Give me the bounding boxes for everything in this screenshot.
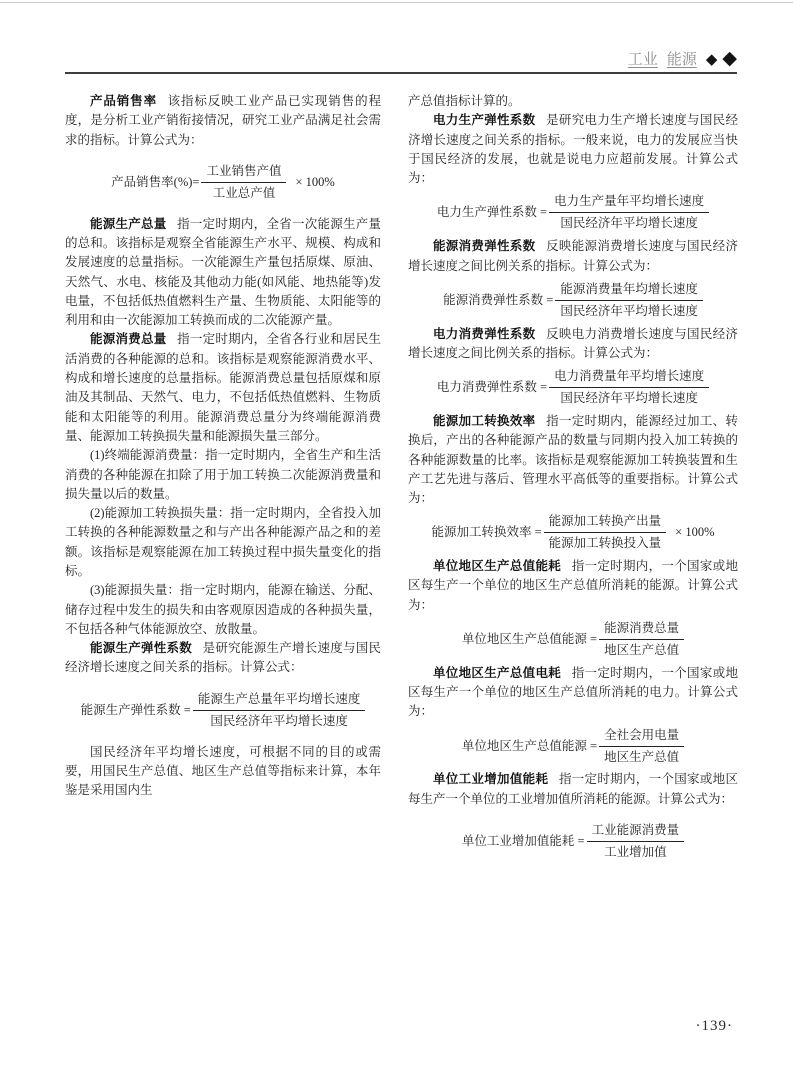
yearbook-page: 工业 能源 ◆ ◆ 产品销售率该指标反映工业产品已实现销售的程度，是分析工业产销… — [0, 0, 793, 1077]
fraction-numerator: 全社会用电量 — [599, 727, 684, 747]
page-number: ·139· — [696, 1018, 734, 1035]
term-product-sales-rate: 产品销售率 — [90, 94, 157, 108]
fraction-denominator: 国民经济年平均增长速度 — [193, 711, 366, 730]
term-energy-consumption-elasticity: 能源消费弹性系数 — [433, 239, 536, 253]
para-energy-production-total: 能源生产总量指一定时期内，全省一次能源生产量的总和。该指标是观察全省能源生产水平… — [65, 215, 381, 331]
fraction-denominator: 工业增加值 — [587, 842, 685, 861]
fraction: 工业能源消费量工业增加值 — [587, 822, 685, 861]
fraction-numerator: 能源加工转换产出量 — [544, 513, 667, 533]
formula-electricity-consumption-elasticity: 电力消费弹性系数 =电力消费量年平均增长速度国民经济年平均增长速度 — [408, 368, 738, 407]
left-column: 产品销售率该指标反映工业产品已实现销售的程度，是分析工业产销衔接情况，研究工业产… — [65, 92, 381, 800]
term-electricity-production-elasticity: 电力生产弹性系数 — [433, 113, 536, 127]
formula-lhs: 电力生产弹性系数 = — [437, 205, 547, 219]
fraction-numerator: 能源生产总量年平均增长速度 — [193, 691, 366, 711]
para-energy-per-industrial-value-added: 单位工业增加值能耗指一定时期内，一个国家或地区每生产一个单位的工业增加值所消耗的… — [408, 770, 738, 809]
term-energy-conversion-efficiency: 能源加工转换效率 — [433, 414, 536, 428]
header-section-label-energy: 能源 — [667, 52, 697, 67]
para-gdp-growth-note: 国民经济年平均增长速度，可根据不同的目的或需要，用国民生产总值、地区生产总值等指… — [65, 743, 381, 801]
fraction-denominator: 工业总产值 — [201, 183, 286, 202]
term-energy-per-industrial-value-added: 单位工业增加值能耗 — [433, 772, 548, 786]
para-item-1-terminal-energy: (1)终端能源消费量：指一定时期内，全省生产和生活消费的各种能源在扣除了用于加工… — [65, 446, 381, 504]
fraction-numerator: 电力消费量年平均增长速度 — [549, 368, 709, 388]
formula-lhs: 单位地区生产总值能源 = — [462, 632, 597, 646]
term-energy-consumption-total: 能源消费总量 — [90, 332, 167, 346]
formula-lhs: 单位地区生产总值能源 = — [462, 739, 597, 753]
formula-energy-conversion-efficiency: 能源加工转换效率 =能源加工转换产出量能源加工转换投入量× 100% — [408, 513, 738, 552]
fraction-denominator: 能源加工转换投入量 — [544, 533, 667, 552]
fraction-denominator: 地区生产总值 — [599, 640, 684, 659]
fraction-numerator: 电力生产量年平均增长速度 — [549, 193, 709, 213]
fraction-denominator: 国民经济年平均增长速度 — [549, 388, 709, 407]
page-top-edge-line — [0, 2, 793, 3]
formula-lhs: 能源消费弹性系数 = — [443, 293, 553, 307]
para-electricity-per-gdp: 单位地区生产总值电耗指一定时期内，一个国家或地区每生产一个单位的地区生产总值所消… — [408, 664, 738, 722]
fraction: 工业销售产值工业总产值 — [201, 163, 286, 202]
term-energy-production-total: 能源生产总量 — [90, 217, 167, 231]
fraction-numerator: 工业能源消费量 — [587, 822, 685, 842]
term-energy-per-gdp: 单位地区生产总值能耗 — [433, 559, 561, 573]
para-energy-production-elasticity: 能源生产弹性系数是研究能源生产增长速度与国民经济增长速度之间关系的指标。计算公式… — [65, 639, 381, 678]
para-text: 指一定时期内，全省一次能源生产量的总和。该指标是观察全省能源生产水平、规模、构成… — [65, 217, 381, 327]
para-energy-consumption-elasticity: 能源消费弹性系数反映能源消费增长速度与国民经济增长速度之间比例关系的指标。计算公… — [408, 237, 738, 276]
term-electricity-consumption-elasticity: 电力消费弹性系数 — [433, 327, 536, 341]
header-section-label-industry: 工业 — [628, 52, 658, 67]
formula-energy-per-gdp: 单位地区生产总值能源 =能源消费总量地区生产总值 — [408, 620, 738, 659]
fraction-numerator: 能源消费量年均增长速度 — [555, 281, 703, 301]
diamond-icon: ◆ — [706, 54, 718, 68]
fraction: 电力生产量年平均增长速度国民经济年平均增长速度 — [549, 193, 709, 232]
para-energy-conversion-efficiency: 能源加工转换效率指一定时期内，能源经过加工、转换后，产出的各种能源产品的数量与同… — [408, 412, 738, 508]
fraction: 能源生产总量年平均增长速度国民经济年平均增长速度 — [193, 691, 366, 730]
para-item-2-conversion-loss: (2)能源加工转换损失量：指一定时期内，全省投入加工转换的各种能源数量之和与产出… — [65, 504, 381, 581]
right-column: 产总值指标计算的。 电力生产弹性系数是研究电力生产增长速度与国民经济增长速度之间… — [408, 92, 738, 874]
term-electricity-per-gdp: 单位地区生产总值电耗 — [433, 666, 561, 680]
formula-lhs: 单位工业增加值能耗 = — [462, 834, 585, 848]
page-header: 工业 能源 ◆ ◆ — [65, 50, 737, 74]
para-text: 指一定时期内，全省各行业和居民生活消费的各种能源的总和。该指标是观察能源消费水平… — [65, 332, 381, 442]
para-gdp-growth-note-continued: 产总值指标计算的。 — [408, 92, 738, 111]
fraction: 能源加工转换产出量能源加工转换投入量 — [544, 513, 667, 552]
formula-suffix: × 100% — [295, 175, 334, 189]
formula-lhs: 能源生产弹性系数 = — [81, 703, 191, 717]
formula-product-sales-rate: 产品销售率(%)=工业销售产值工业总产值× 100% — [65, 163, 381, 202]
fraction: 全社会用电量地区生产总值 — [599, 727, 684, 766]
para-energy-per-gdp: 单位地区生产总值能耗指一定时期内，一个国家或地区每生产一个单位的地区生产总值所消… — [408, 557, 738, 615]
formula-lhs: 电力消费弹性系数 = — [437, 380, 547, 394]
fraction-denominator: 国民经济年平均增长速度 — [555, 301, 703, 320]
formula-lhs: 能源加工转换效率 = — [431, 525, 541, 539]
formula-electricity-per-gdp: 单位地区生产总值能源 =全社会用电量地区生产总值 — [408, 727, 738, 766]
fraction-denominator: 地区生产总值 — [599, 747, 684, 766]
term-energy-production-elasticity: 能源生产弹性系数 — [90, 641, 192, 655]
para-electricity-production-elasticity: 电力生产弹性系数是研究电力生产增长速度与国民经济增长速度之间关系的指标。一般来说… — [408, 111, 738, 188]
fraction-denominator: 国民经济年平均增长速度 — [549, 213, 709, 232]
para-item-3-energy-loss: (3)能源损失量：指一定时期内，能源在输送、分配、储存过程中发生的损失和由客观原… — [65, 581, 381, 639]
fraction: 能源消费总量地区生产总值 — [599, 620, 684, 659]
para-product-sales-rate: 产品销售率该指标反映工业产品已实现销售的程度，是分析工业产销衔接情况，研究工业产… — [65, 92, 381, 150]
diamond-icon: ◆ — [722, 50, 737, 67]
fraction: 能源消费量年均增长速度国民经济年平均增长速度 — [555, 281, 703, 320]
formula-lhs: 产品销售率(%)= — [111, 175, 199, 189]
formula-suffix: × 100% — [675, 525, 714, 539]
formula-energy-production-elasticity: 能源生产弹性系数 =能源生产总量年平均增长速度国民经济年平均增长速度 — [65, 691, 381, 730]
para-energy-consumption-total: 能源消费总量指一定时期内，全省各行业和居民生活消费的各种能源的总和。该指标是观察… — [65, 330, 381, 446]
formula-energy-consumption-elasticity: 能源消费弹性系数 =能源消费量年均增长速度国民经济年平均增长速度 — [408, 281, 738, 320]
formula-energy-per-industrial-value-added: 单位工业增加值能耗 =工业能源消费量工业增加值 — [408, 822, 738, 861]
fraction: 电力消费量年平均增长速度国民经济年平均增长速度 — [549, 368, 709, 407]
fraction-numerator: 工业销售产值 — [201, 163, 286, 183]
para-electricity-consumption-elasticity: 电力消费弹性系数反映电力消费增长速度与国民经济增长速度之间比例关系的指标。计算公… — [408, 325, 738, 364]
fraction-numerator: 能源消费总量 — [599, 620, 684, 640]
formula-electricity-production-elasticity: 电力生产弹性系数 =电力生产量年平均增长速度国民经济年平均增长速度 — [408, 193, 738, 232]
